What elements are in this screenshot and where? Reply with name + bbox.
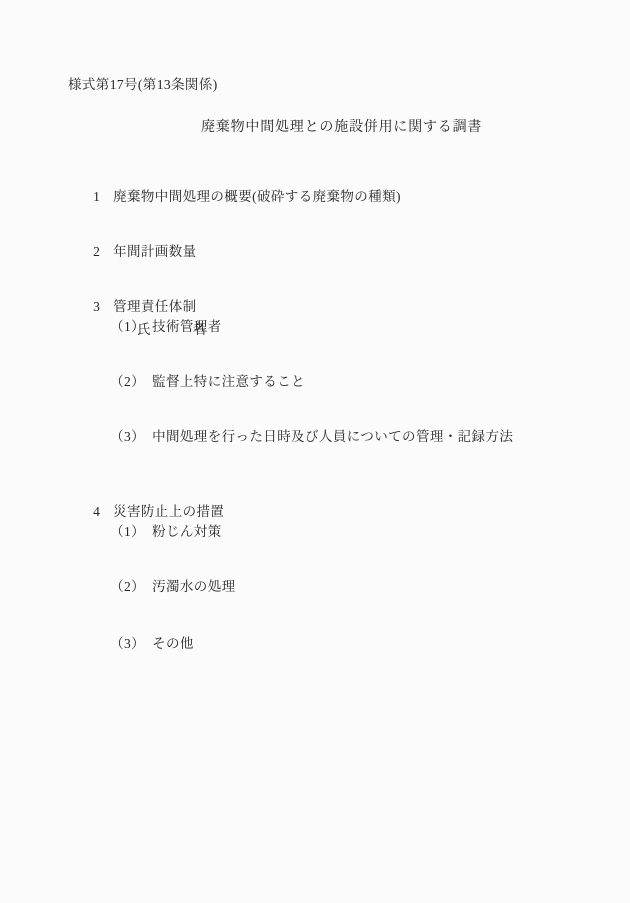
section-4-item-2-row: （2）汚濁水の処理 <box>95 561 236 612</box>
section-2-heading: 年間計画数量 <box>113 244 196 259</box>
section-4-item-1-row: （1）粉じん対策 <box>95 506 222 557</box>
section-1-number: 1 <box>93 188 113 205</box>
item-text: 監督上特に注意すること <box>152 374 305 389</box>
item-marker: （2） <box>110 373 152 390</box>
item-text: 粉じん対策 <box>152 524 222 539</box>
page-title: 廃棄物中間処理との施設併用に関する調書 <box>201 119 482 136</box>
section-2-number: 2 <box>93 243 113 260</box>
section-1-heading: 廃棄物中間処理の概要(破砕する廃棄物の種類) <box>113 189 401 204</box>
section-4-item-3-row: （3）その他 <box>95 618 194 669</box>
item-marker: （3） <box>110 635 152 652</box>
name-field-label: 氏 名 <box>137 321 207 338</box>
item-text: 中間処理を行った日時及び人員についての管理・記録方法 <box>152 429 513 444</box>
section-2-row: 2年間計画数量 <box>78 226 197 277</box>
item-text: その他 <box>152 636 194 651</box>
item-marker: （2） <box>110 578 152 595</box>
form-number: 様式第17号(第13条関係) <box>68 76 218 93</box>
item-text: 汚濁水の処理 <box>152 579 235 594</box>
document-page: 様式第17号(第13条関係) 廃棄物中間処理との施設併用に関する調書 1廃棄物中… <box>0 0 630 903</box>
item-marker: （1） <box>110 523 152 540</box>
section-3-item-3-row: （3）中間処理を行った日時及び人員についての管理・記録方法 <box>95 411 513 462</box>
section-3-item-2-row: （2）監督上特に注意すること <box>95 356 305 407</box>
item-marker: （3） <box>110 428 152 445</box>
section-1-row: 1廃棄物中間処理の概要(破砕する廃棄物の種類) <box>78 171 401 222</box>
